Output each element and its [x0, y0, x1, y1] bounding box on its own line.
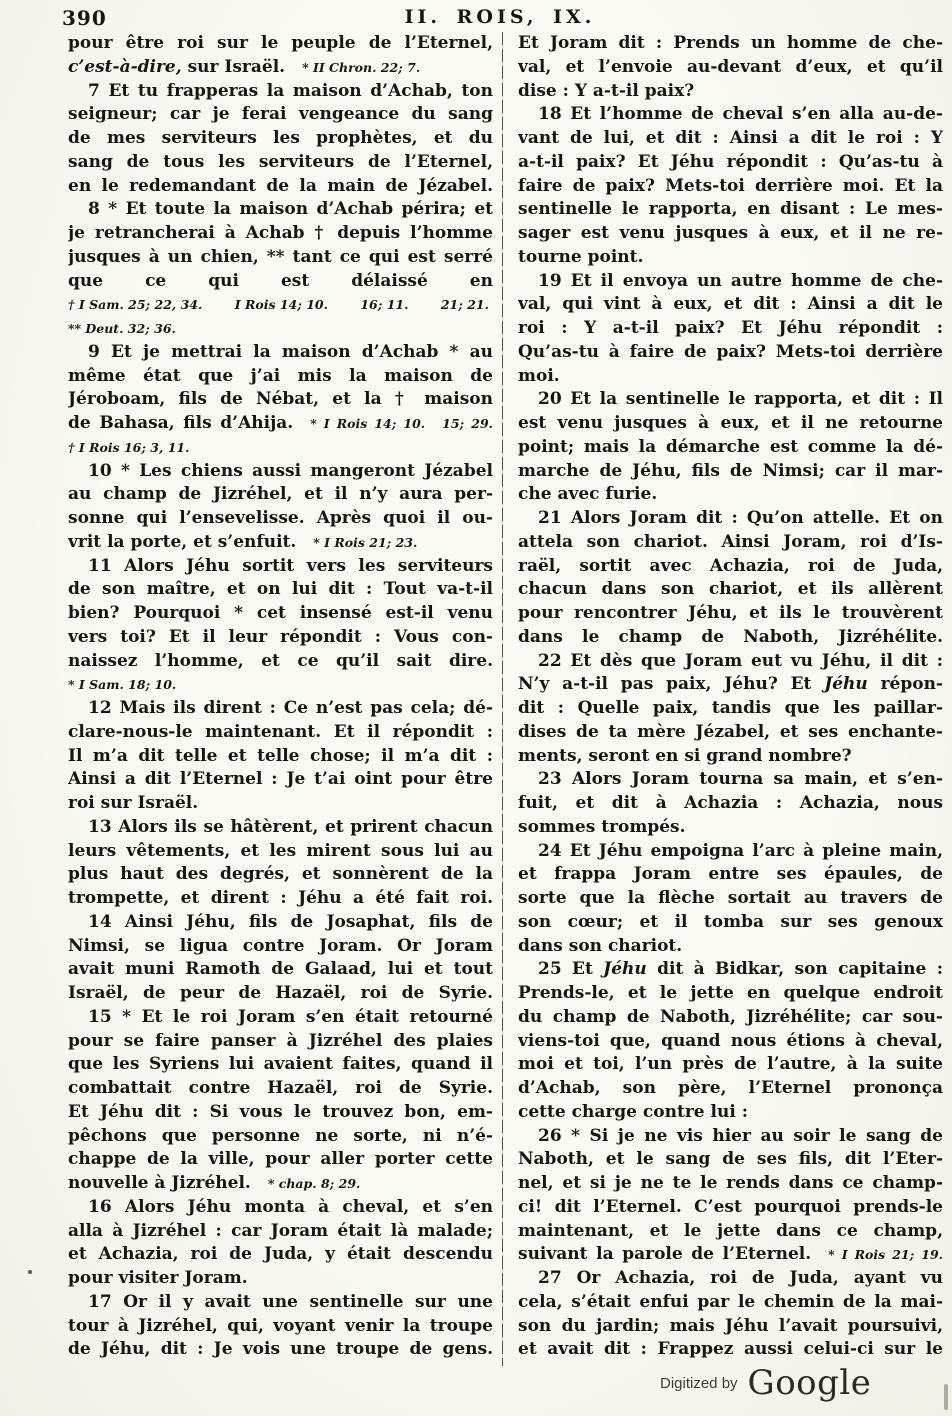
- verse-text: 13 Alors ils se hâtèrent, et prirent cha…: [88, 817, 493, 837]
- verse-text: et Achazia, roi de Juda, y était descend…: [68, 1244, 493, 1264]
- verse-text: de Jéhu, dit : Je vois une troupe de gen…: [68, 1339, 493, 1359]
- text-line: Nimsi, se ligua contre Joram. Or Joram: [68, 935, 493, 959]
- text-line: je retrancherai à Achab † depuis l’homme: [68, 222, 493, 246]
- scan-edge-artifact: [944, 1384, 948, 1410]
- verse-text: 17 Or il y avait une sentinelle sur une: [88, 1292, 493, 1312]
- verse-text: Naboth, et le sang de ses fils, dit l’Et…: [518, 1149, 943, 1169]
- text-line: dans le champ de Naboth, Jizréhélite.: [518, 626, 943, 650]
- verse-text: roi sur Israël.: [68, 793, 198, 813]
- verse-text: nouvelle à Jizréhel.: [68, 1173, 251, 1193]
- cross-reference: * I Sam. 18; 10.: [68, 677, 176, 692]
- text-line: nel, et si je ne te le rends dans ce cha…: [518, 1172, 943, 1196]
- text-line: clare-nous-le maintenant. Et il répondit…: [68, 721, 493, 745]
- verse-text: 24 Et Jéhu empoigna l’arc à pleine main,: [538, 841, 943, 861]
- text-line: tourne point.: [518, 246, 943, 270]
- verse-text: 27 Or Achazia, roi de Juda, ayant vu: [538, 1268, 943, 1288]
- verse-text: pour rencontrer Jéhu, et ils le trouvère…: [518, 603, 943, 623]
- text-line: dit : Quelle paix, tandis que les pailla…: [518, 697, 943, 721]
- verse-text: répon-: [868, 674, 943, 694]
- text-line: ** Deut. 32; 36.: [68, 317, 493, 341]
- text-line: Ainsi a dit l’Eternel : Je t’ai oint pou…: [68, 768, 493, 792]
- verse-text: sommes trompés.: [518, 817, 686, 837]
- text-line: même état que j’ai mis la maison de: [68, 365, 493, 389]
- text-line: † I Rois 16; 3, 11.: [68, 436, 493, 460]
- verse-text: 7 Et tu frapperas la maison d’Achab, ton: [88, 81, 493, 101]
- verse-text: jusques à un chien, ** tant ce qui est s…: [68, 247, 493, 267]
- text-line: val, et l’envoie au-devant d’eux, et qu’…: [518, 56, 943, 80]
- verse-text: Il m’a dit telle et telle chose; il m’a …: [68, 746, 493, 766]
- cross-reference: † I Rois 16; 3, 11.: [68, 440, 189, 455]
- verse-text: 19 Et il envoya un autre homme de che-: [538, 271, 943, 291]
- text-line: du champ de Naboth, Jizréhélite; car sou…: [518, 1006, 943, 1030]
- verse-text: ci! dit l’Eternel. C’est pourquoi prends…: [518, 1197, 943, 1217]
- verse-text: nel, et si je ne te le rends dans ce cha…: [518, 1173, 943, 1193]
- verse-text: dises de ta mère Jézabel, et ses enchant…: [518, 722, 943, 742]
- text-line: * I Sam. 18; 10.: [68, 673, 493, 697]
- text-line: a-t-il paix? Et Jéhu répondit : Qu’as-tu…: [518, 151, 943, 175]
- verse-text: cela, s’était enfui par le chemin de la …: [518, 1292, 943, 1312]
- text-line: pour se faire panser à Jizréhel des plai…: [68, 1030, 493, 1054]
- text-line: vers toi? Et il leur répondit : Vous con…: [68, 626, 493, 650]
- verse-text: sang de tous les serviteurs de l’Eternel…: [68, 152, 493, 172]
- verse-text: pour être roi sur le peuple de l’Eternel…: [68, 33, 493, 53]
- text-line: pêchons que personne ne sorte, ni n’é-: [68, 1125, 493, 1149]
- text-line: sorte que la flèche sortait au travers d…: [518, 887, 943, 911]
- verse-text: d’Achab, son père, l’Eternel prononça: [518, 1078, 943, 1098]
- verse-text: point; mais la démarche est comme la dé-: [518, 437, 943, 457]
- text-line: combattait contre Hazaël, roi de Syrie.: [68, 1077, 493, 1101]
- text-line: 24 Et Jéhu empoigna l’arc à pleine main,: [518, 840, 943, 864]
- verse-text: alla à Jizréhel : car Joram était là mal…: [68, 1221, 493, 1241]
- verse-text: pêchons que personne ne sorte, ni n’é-: [68, 1126, 493, 1146]
- verse-text: 15 * Et le roi Joram s’en était retourné: [88, 1007, 493, 1027]
- text-line: 7 Et tu frapperas la maison d’Achab, ton: [68, 80, 493, 104]
- verse-text: sager est venu jusques à eux, et il ne r…: [518, 223, 943, 243]
- text-line: chacun dans son chariot, et ils allèrent: [518, 578, 943, 602]
- verse-text: plus haut des degrés, et sonnèrent de la: [68, 864, 493, 884]
- text-line: Il m’a dit telle et telle chose; il m’a …: [68, 745, 493, 769]
- verse-text: Qu’as-tu à faire de paix? Mets-toi derri…: [518, 342, 943, 362]
- verse-text: vers toi? Et il leur répondit : Vous con…: [68, 627, 493, 647]
- cross-reference: * II Chron. 22; 7.: [302, 60, 420, 75]
- cross-reference: 15; 29.: [442, 416, 493, 431]
- verse-text: 14 Ainsi Jéhu, fils de Josaphat, fils de: [88, 912, 493, 932]
- verse-text: dans son chariot.: [518, 936, 682, 956]
- verse-text: de Bahasa, fils d’Ahija.: [68, 413, 293, 433]
- text-line: 18 Et l’homme de cheval s’en alla au-de-: [518, 103, 943, 127]
- verse-text: sonne qui l’ensevelisse. Après quoi il o…: [68, 508, 493, 528]
- text-line: Et Joram dit : Prends un homme de che-: [518, 32, 943, 56]
- text-line: † I Sam. 25; 22, 34.I Rois 14; 10.16; 11…: [68, 293, 493, 317]
- verse-text: 10 * Les chiens aussi mangeront Jézabel: [88, 461, 493, 481]
- verse-text: trompette, et dirent : Jéhu a été fait r…: [68, 888, 493, 908]
- text-line: point; mais la démarche est comme la dé-: [518, 436, 943, 460]
- cross-reference: 16; 11.: [360, 293, 408, 317]
- text-line: au champ de Jizréhel, et il n’y aura per…: [68, 483, 493, 507]
- verse-text: dans le champ de Naboth, Jizréhélite.: [518, 627, 943, 647]
- text-line: nouvelle à Jizréhel.* chap. 8; 29.: [68, 1172, 493, 1196]
- cross-reference: I Rois 14; 10.: [235, 293, 328, 317]
- book-page: 390 II. ROIS, IX. pour être roi sur le p…: [0, 0, 952, 1416]
- text-line: N’y a-t-il pas paix, Jéhu? Et Jéhu répon…: [518, 673, 943, 697]
- verse-text: maintenant, et le jette dans ce champ,: [518, 1221, 943, 1241]
- verse-text: et frappa Joram entre ses épaules, de: [518, 864, 943, 884]
- text-line: roi sur Israël.: [68, 792, 493, 816]
- text-line: 9 Et je mettrai la maison d’Achab * au: [68, 341, 493, 365]
- verse-text: vant de lui, et dit : Ainsi a dit le roi…: [518, 128, 943, 148]
- verse-text: leurs vêtements, et les mirent sous lui …: [68, 841, 493, 861]
- text-line: marche de Jéhu, fils de Nimsi; car il ma…: [518, 460, 943, 484]
- verse-text: Prends-le, et le jette en quelque endroi…: [518, 983, 943, 1003]
- verse-text: Jéroboam, fils de Nébat, et la † maison: [68, 389, 493, 409]
- text-line: avait muni Ramoth de Galaad, lui et tout: [68, 958, 493, 982]
- text-line: attela son chariot. Ainsi Joram, roi d’I…: [518, 531, 943, 555]
- text-line: moi.: [518, 365, 943, 389]
- text-line: alla à Jizréhel : car Joram était là mal…: [68, 1220, 493, 1244]
- text-line: cela, s’était enfui par le chemin de la …: [518, 1291, 943, 1315]
- verse-text: chacun dans son chariot, et ils allèrent: [518, 579, 943, 599]
- text-line: val, qui vint à eux, et dit : Ainsi a di…: [518, 293, 943, 317]
- text-line: sang de tous les serviteurs de l’Eternel…: [68, 151, 493, 175]
- verse-text: même état que j’ai mis la maison de: [68, 366, 493, 386]
- verse-text: je retrancherai à Achab † depuis l’homme: [68, 223, 493, 243]
- verse-text: 12 Mais ils dirent : Ce n’est pas cela; …: [88, 698, 493, 718]
- verse-text: son cœur; et il tomba sur ses genoux: [518, 912, 943, 932]
- verse-text: val, et l’envoie au-devant d’eux, et qu’…: [518, 57, 943, 77]
- left-column: pour être roi sur le peuple de l’Eternel…: [68, 32, 493, 1366]
- text-line: fuit, et dit à Achazia : Achazia, nous: [518, 792, 943, 816]
- text-line: moi et toi, l’un près de l’autre, à la s…: [518, 1053, 943, 1077]
- verse-text: sentinelle le rapporta, en disant : Le m…: [518, 199, 943, 219]
- text-line: c’est-à-dire, sur Israël.* II Chron. 22;…: [68, 56, 493, 80]
- verse-text: fuit, et dit à Achazia : Achazia, nous: [518, 793, 943, 813]
- cross-reference: 21; 21.: [441, 293, 489, 317]
- text-line: de Jéhu, dit : Je vois une troupe de gen…: [68, 1338, 493, 1362]
- scan-speck-artifact: [28, 1270, 32, 1274]
- verse-text: en le redemandant de la main de Jézabel.: [68, 176, 493, 196]
- verse-text: che avec furie.: [518, 484, 657, 504]
- verse-text: Israël, de peur de Hazaël, roi de Syrie.: [68, 983, 493, 1003]
- text-line: Israël, de peur de Hazaël, roi de Syrie.: [68, 982, 493, 1006]
- text-line: dans son chariot.: [518, 935, 943, 959]
- verse-text: viens-toi que, quand nous étions à cheva…: [518, 1031, 943, 1051]
- verse-text: 20 Et la sentinelle le rapporta, et dit …: [538, 389, 943, 409]
- text-line: chappe de la ville, pour aller porter ce…: [68, 1148, 493, 1172]
- text-line: ci! dit l’Eternel. C’est pourquoi prends…: [518, 1196, 943, 1220]
- text-line: Qu’as-tu à faire de paix? Mets-toi derri…: [518, 341, 943, 365]
- verse-text: sorte que la flèche sortait au travers d…: [518, 888, 943, 908]
- cross-reference: † I Sam. 25; 22, 34.: [68, 293, 202, 317]
- page-header: 390 II. ROIS, IX.: [0, 4, 952, 32]
- text-line: 14 Ainsi Jéhu, fils de Josaphat, fils de: [68, 911, 493, 935]
- verse-text: est venu jusques à eux, et il ne retourn…: [518, 413, 943, 433]
- text-line: dise : Y a-t-il paix?: [518, 80, 943, 104]
- verse-text: pour visiter Joram.: [68, 1268, 248, 1288]
- verse-text: dit à Bidkar, son capitaine :: [647, 959, 943, 979]
- verse-text: Nimsi, se ligua contre Joram. Or Joram: [68, 936, 493, 956]
- text-line: raël, sortit avec Achazia, roi de Juda,: [518, 555, 943, 579]
- text-line: naissez l’homme, et ce qu’il sait dire.: [68, 650, 493, 674]
- text-line: son cœur; et il tomba sur ses genoux: [518, 911, 943, 935]
- verse-text: au champ de Jizréhel, et il n’y aura per…: [68, 484, 493, 504]
- text-line: 25 Et Jéhu dit à Bidkar, son capitaine :: [518, 958, 943, 982]
- text-line: sentinelle le rapporta, en disant : Le m…: [518, 198, 943, 222]
- text-line: sommes trompés.: [518, 816, 943, 840]
- text-line: plus haut des degrés, et sonnèrent de la: [68, 863, 493, 887]
- text-line: vant de lui, et dit : Ainsi a dit le roi…: [518, 127, 943, 151]
- text-line: ments, seront en si grand nombre?: [518, 745, 943, 769]
- digitized-by-label: Digitized by: [660, 1375, 738, 1392]
- verse-text: bien? Pourquoi * cet insensé est-il venu: [68, 603, 493, 623]
- text-line: 17 Or il y avait une sentinelle sur une: [68, 1291, 493, 1315]
- text-line: et frappa Joram entre ses épaules, de: [518, 863, 943, 887]
- text-line: est venu jusques à eux, et il ne retourn…: [518, 412, 943, 436]
- verse-text: seigneur; car je ferai vengeance du sang: [68, 104, 493, 124]
- cross-reference: * chap. 8; 29.: [268, 1176, 361, 1191]
- text-line: 12 Mais ils dirent : Ce n’est pas cela; …: [68, 697, 493, 721]
- text-line: tour à Jizréhel, qui, voyant venir la tr…: [68, 1315, 493, 1339]
- cross-reference: ** Deut. 32; 36.: [68, 321, 176, 336]
- text-line: roi : Y a-t-il paix? Et Jéhu répondit :: [518, 317, 943, 341]
- verse-text: marche de Jéhu, fils de Nimsi; car il ma…: [518, 461, 943, 481]
- cross-reference: * I Rois 14; 10.: [310, 416, 425, 431]
- text-line: que les Syriens lui avaient faites, quan…: [68, 1053, 493, 1077]
- text-line: faire de paix? Mets-toi derrière moi. Et…: [518, 175, 943, 199]
- text-line: Jéroboam, fils de Nébat, et la † maison: [68, 388, 493, 412]
- verse-text: dit : Quelle paix, tandis que les pailla…: [518, 698, 943, 718]
- verse-text: 16 Alors Jéhu monta à cheval, et s’en: [88, 1197, 493, 1217]
- verse-text: 25 Et: [538, 959, 603, 979]
- verse-text: pour se faire panser à Jizréhel des plai…: [68, 1031, 493, 1051]
- verse-text: 9 Et je mettrai la maison d’Achab * au: [88, 342, 493, 362]
- verse-text: 8 * Et toute la maison d’Achab périra; e…: [88, 199, 493, 219]
- verse-text: que ce qui est délaissé en Israël.: [68, 271, 493, 294]
- text-line: 10 * Les chiens aussi mangeront Jézabel: [68, 460, 493, 484]
- cross-reference: * I Rois 21; 19.: [828, 1247, 943, 1262]
- text-line: d’Achab, son père, l’Eternel prononça: [518, 1077, 943, 1101]
- verse-text: moi et toi, l’un près de l’autre, à la s…: [518, 1054, 943, 1074]
- text-line: Naboth, et le sang de ses fils, dit l’Et…: [518, 1148, 943, 1172]
- verse-text: 18 Et l’homme de cheval s’en alla au-de-: [538, 104, 943, 124]
- text-line: trompette, et dirent : Jéhu a été fait r…: [68, 887, 493, 911]
- text-line: bien? Pourquoi * cet insensé est-il venu: [68, 602, 493, 626]
- text-line: 13 Alors ils se hâtèrent, et prirent cha…: [68, 816, 493, 840]
- text-line: sonne qui l’ensevelisse. Après quoi il o…: [68, 507, 493, 531]
- verse-text: et avait dit : Frappez aussi celui-ci su…: [518, 1339, 943, 1359]
- verse-text: naissez l’homme, et ce qu’il sait dire.: [68, 651, 493, 671]
- text-line: de Bahasa, fils d’Ahija.* I Rois 14; 10.…: [68, 412, 493, 436]
- text-line: 23 Alors Joram tourna sa main, et s’en-: [518, 768, 943, 792]
- text-line: que ce qui est délaissé en Israël.* I Ro…: [68, 270, 493, 294]
- verse-text: attela son chariot. Ainsi Joram, roi d’I…: [518, 532, 943, 552]
- verse-text: tour à Jizréhel, qui, voyant venir la tr…: [68, 1316, 493, 1336]
- verse-text: dise : Y a-t-il paix?: [518, 81, 694, 101]
- verse-text: ments, seront en si grand nombre?: [518, 746, 852, 766]
- verse-text: 26 * Si je ne vis hier au soir le sang d…: [538, 1126, 943, 1146]
- text-line: sager est venu jusques à eux, et il ne r…: [518, 222, 943, 246]
- verse-text: Jéhu: [603, 959, 647, 979]
- verse-text: 22 Et dès que Joram eut vu Jéhu, il dit …: [538, 651, 943, 671]
- verse-text: Et Joram dit : Prends un homme de che-: [518, 33, 943, 53]
- text-line: leurs vêtements, et les mirent sous lui …: [68, 840, 493, 864]
- text-line: 16 Alors Jéhu monta à cheval, et s’en: [68, 1196, 493, 1220]
- verse-text: vrit la porte, et s’enfuit.: [68, 532, 296, 552]
- verse-text: chappe de la ville, pour aller porter ce…: [68, 1149, 493, 1169]
- text-line: de son maître, et on lui dit : Tout va-t…: [68, 578, 493, 602]
- page-footer: Digitized by Google: [660, 1366, 871, 1400]
- text-line: pour visiter Joram.: [68, 1267, 493, 1291]
- verse-text: combattait contre Hazaël, roi de Syrie.: [68, 1078, 493, 1098]
- cross-reference: * I Rois 21; 23.: [313, 535, 417, 550]
- verse-text: moi.: [518, 366, 560, 386]
- text-line: suivant la parole de l’Eternel.* I Rois …: [518, 1243, 943, 1267]
- verse-text: du champ de Naboth, Jizréhélite; car sou…: [518, 1007, 943, 1027]
- text-line: 20 Et la sentinelle le rapporta, et dit …: [518, 388, 943, 412]
- text-line: 22 Et dès que Joram eut vu Jéhu, il dit …: [518, 650, 943, 674]
- verse-text: c’est-à-dire,: [68, 57, 182, 77]
- right-column: Et Joram dit : Prends un homme de che-va…: [518, 32, 943, 1366]
- text-line: 8 * Et toute la maison d’Achab périra; e…: [68, 198, 493, 222]
- google-logo: Google: [748, 1366, 872, 1400]
- text-line: et Achazia, roi de Juda, y était descend…: [68, 1243, 493, 1267]
- text-line: 26 * Si je ne vis hier au soir le sang d…: [518, 1125, 943, 1149]
- text-line: jusques à un chien, ** tant ce qui est s…: [68, 246, 493, 270]
- text-line: 21 Alors Joram dit : Qu’on attelle. Et o…: [518, 507, 943, 531]
- verse-text: faire de paix? Mets-toi derrière moi. Et…: [518, 176, 943, 196]
- verse-text: 23 Alors Joram tourna sa main, et s’en-: [538, 769, 943, 789]
- text-line: 19 Et il envoya un autre homme de che-: [518, 270, 943, 294]
- verse-text: roi : Y a-t-il paix? Et Jéhu répondit :: [518, 318, 943, 338]
- text-line: de mes serviteurs les prophètes, et du: [68, 127, 493, 151]
- page-number: 390: [62, 6, 107, 30]
- verse-text: tourne point.: [518, 247, 643, 267]
- verse-text: suivant la parole de l’Eternel.: [518, 1244, 811, 1264]
- text-line: pour rencontrer Jéhu, et ils le trouvère…: [518, 602, 943, 626]
- verse-text: 21 Alors Joram dit : Qu’on attelle. Et o…: [538, 508, 943, 528]
- verse-text: Et Jéhu dit : Si vous le trouvez bon, em…: [68, 1102, 493, 1122]
- verse-text: de son maître, et on lui dit : Tout va-t…: [68, 579, 493, 599]
- text-line: 27 Or Achazia, roi de Juda, ayant vu: [518, 1267, 943, 1291]
- text-line: pour être roi sur le peuple de l’Eternel…: [68, 32, 493, 56]
- text-line: maintenant, et le jette dans ce champ,: [518, 1220, 943, 1244]
- text-line: 15 * Et le roi Joram s’en était retourné: [68, 1006, 493, 1030]
- text-line: 11 Alors Jéhu sortit vers les serviteurs: [68, 555, 493, 579]
- text-line: Et Jéhu dit : Si vous le trouvez bon, em…: [68, 1101, 493, 1125]
- text-line: Prends-le, et le jette en quelque endroi…: [518, 982, 943, 1006]
- verse-text: 11 Alors Jéhu sortit vers les serviteurs: [88, 556, 493, 576]
- verse-text: son du jardin; mais Jéhu l’avait poursui…: [518, 1316, 943, 1336]
- verse-text: a-t-il paix? Et Jéhu répondit : Qu’as-tu…: [518, 152, 943, 172]
- column-divider-rule: [502, 32, 503, 1366]
- verse-text: sur Israël.: [182, 57, 285, 77]
- verse-text: avait muni Ramoth de Galaad, lui et tout: [68, 959, 493, 979]
- text-line: dises de ta mère Jézabel, et ses enchant…: [518, 721, 943, 745]
- text-line: en le redemandant de la main de Jézabel.: [68, 175, 493, 199]
- verse-text: que les Syriens lui avaient faites, quan…: [68, 1054, 493, 1074]
- text-line: seigneur; car je ferai vengeance du sang: [68, 103, 493, 127]
- verse-text: Jéhu: [824, 674, 868, 694]
- page-title: II. ROIS, IX.: [405, 6, 596, 28]
- text-line: son du jardin; mais Jéhu l’avait poursui…: [518, 1315, 943, 1339]
- verse-text: N’y a-t-il pas paix, Jéhu? Et: [518, 674, 824, 694]
- verse-text: Ainsi a dit l’Eternel : Je t’ai oint pou…: [68, 769, 493, 789]
- text-line: vrit la porte, et s’enfuit.* I Rois 21; …: [68, 531, 493, 555]
- text-line: et avait dit : Frappez aussi celui-ci su…: [518, 1338, 943, 1362]
- verse-text: raël, sortit avec Achazia, roi de Juda,: [518, 556, 943, 576]
- verse-text: val, qui vint à eux, et dit : Ainsi a di…: [518, 294, 943, 314]
- text-line: che avec furie.: [518, 483, 943, 507]
- verse-text: clare-nous-le maintenant. Et il répondit…: [68, 722, 493, 742]
- text-line: cette charge contre lui :: [518, 1101, 943, 1125]
- text-line: viens-toi que, quand nous étions à cheva…: [518, 1030, 943, 1054]
- verse-text: de mes serviteurs les prophètes, et du: [68, 128, 493, 148]
- text-columns: pour être roi sur le peuple de l’Eternel…: [68, 32, 943, 1366]
- verse-text: cette charge contre lui :: [518, 1102, 748, 1122]
